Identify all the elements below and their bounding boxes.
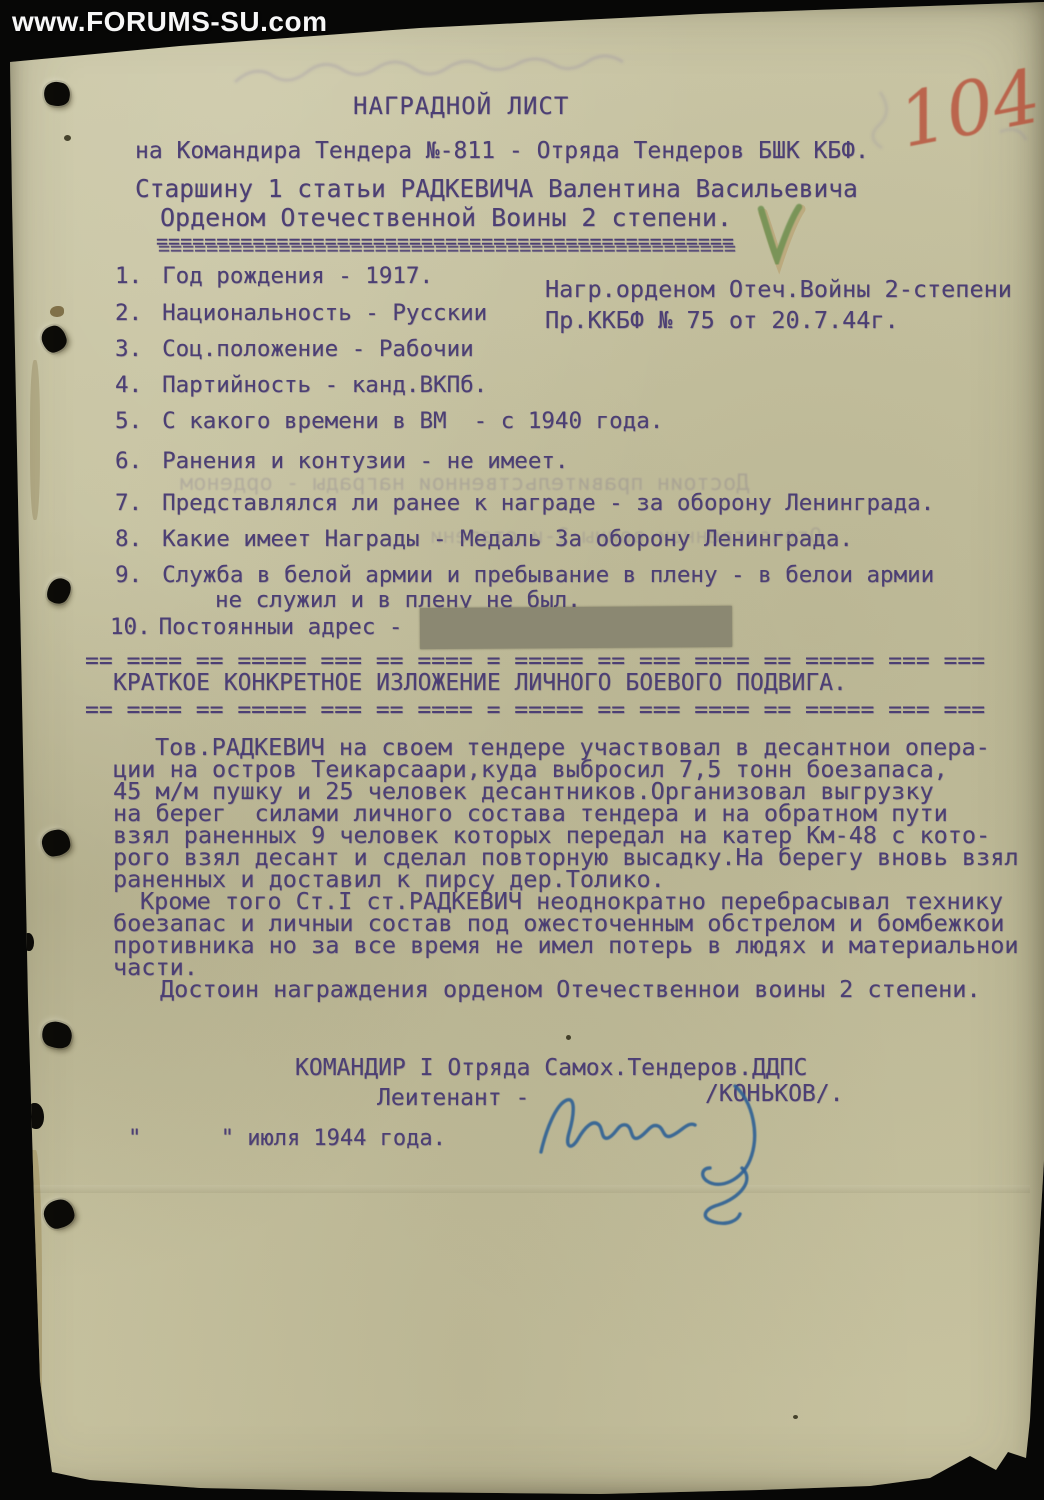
item-text: С какого времени в ВМ - с 1940 года.: [162, 408, 663, 434]
paper-speck: [566, 1035, 571, 1040]
list-item-2: 2.Национальность - Русскии: [115, 302, 487, 326]
conclusion-line: Достоин награждения орденом Отечественно…: [160, 977, 981, 1002]
item-number: 3.: [115, 336, 142, 362]
list-item-9: 9.Служба в белой армии и пребывание в пл…: [115, 564, 934, 588]
punch-hole: [40, 828, 71, 858]
item-text: Год рождения - 1917.: [162, 263, 433, 289]
punch-hole: [43, 574, 75, 608]
item-text: Какие имеет Награды - Медаль За оборону …: [162, 526, 853, 552]
body-line: противника но за все время не имел потер…: [113, 933, 1018, 958]
paper-speck: [64, 135, 71, 141]
torn-edge-fibers: [26, 1150, 42, 1480]
divider-dashes: == ==== == ===== === == ==== = ===== == …: [85, 698, 985, 722]
item-text: Ранения и контузии - не имеет.: [162, 448, 568, 474]
document-paper: Достоин правительственнои награды - орде…: [0, 0, 1044, 1500]
item-number: 2.: [115, 300, 142, 326]
signature-rank-line: Леитенант -: [377, 1086, 529, 1110]
punch-hole: [42, 80, 72, 109]
document-title: НАГРАДНОЙ ЛИСТ: [353, 94, 569, 119]
list-item-1: 1.Год рождения - 1917.: [115, 265, 433, 289]
item-text: Постоянныи адрес -: [159, 614, 403, 640]
list-item-5: 5.С какого времени в ВМ - с 1940 года.: [115, 410, 663, 434]
list-item-3: 3.Соц.положение - Рабочии: [115, 338, 474, 362]
edge-tear: [28, 1103, 44, 1129]
award-note-line1: Нагр.орденом Отеч.Войны 2-степени: [545, 277, 1012, 302]
punch-hole: [39, 323, 70, 355]
item-text: Служба в белой армии и пребывание в плен…: [162, 562, 934, 588]
list-item-7: 7.Представлялся ли ранее к награде - за …: [115, 492, 934, 516]
paper-speck: [50, 306, 64, 317]
item-text: Национальность - Русскии: [162, 300, 487, 326]
item-number: 9.: [115, 562, 142, 588]
item-text: Соц.положение - Рабочии: [162, 336, 474, 362]
header-line-recipient-name: Старшину 1 статьи РАДКЕВИЧА Валентина Ва…: [135, 176, 858, 202]
scanned-photo-background: Достоин правительственнои награды - орде…: [0, 0, 1044, 1500]
signature-title-line: КОМАНДИР I Отряда Самох.Тендеров.ДДПС: [295, 1056, 807, 1080]
item-number: 10.: [110, 614, 151, 640]
header-line-recipient-unit: на Командира Тендера №-811 - Отряда Тенд…: [135, 139, 869, 163]
paper-crease: [30, 1185, 1030, 1193]
award-note-line2: Пр.ККБФ № 75 от 20.7.44г.: [545, 308, 899, 333]
date-line: " " июля 1944 года.: [128, 1127, 446, 1150]
item-number: 6.: [115, 448, 142, 474]
item-number: 8.: [115, 526, 142, 552]
watermark: www.FORUMS-SU.com: [12, 6, 327, 38]
item-text: Партийность - канд.ВКПб.: [162, 372, 487, 398]
list-item-10: 10.Постоянныи адрес -: [110, 616, 402, 640]
underline-dashes: ========================================…: [158, 238, 736, 259]
item-number: 7.: [115, 490, 142, 516]
item-number: 4.: [115, 372, 142, 398]
paper-speck: [793, 1415, 798, 1419]
list-item-8: 8.Какие имеет Награды - Медаль За оборон…: [115, 528, 853, 552]
item-text: Представлялся ли ранее к награде - за об…: [162, 490, 934, 516]
section-heading: КРАТКОЕ КОНКРЕТНОЕ ИЗЛОЖЕНИЕ ЛИЧНОГО БОЕ…: [113, 671, 847, 695]
punch-hole: [41, 1197, 77, 1231]
item-number: 5.: [115, 408, 142, 434]
list-item-6: 6.Ранения и контузии - не имеет.: [115, 450, 568, 474]
signature-surname: /КОНЬКОВ/.: [705, 1082, 843, 1106]
punch-hole: [38, 1018, 75, 1053]
edge-tear: [24, 933, 34, 951]
torn-edge-fibers: [30, 360, 40, 520]
redaction-box: [420, 606, 732, 649]
list-item-4: 4.Партийность - канд.ВКПб.: [115, 374, 487, 398]
header-line-award: Орденом Отечественной Воины 2 степени.: [160, 205, 732, 231]
item-number: 1.: [115, 263, 142, 289]
